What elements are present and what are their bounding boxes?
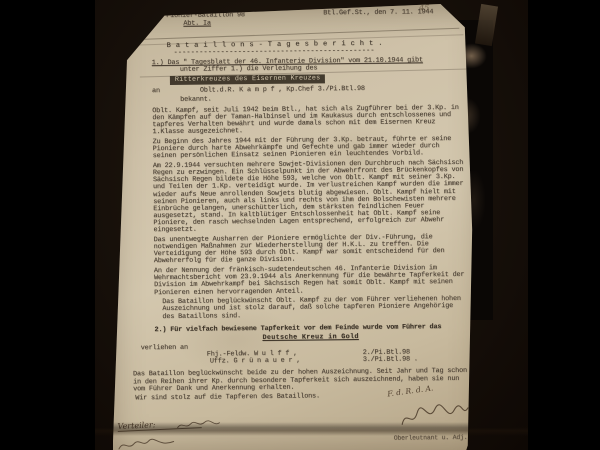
- paragraph: Zu Beginn des Jahres 1944 mit der Führun…: [153, 136, 465, 161]
- an-label: an: [152, 88, 160, 96]
- paragraph: Oblt. Kampf, seit Juli 1942 beim Btl., h…: [152, 105, 464, 137]
- document-photo: 45 Pionier-Bataillon 98 Abt. Ia Btl.Gef.…: [95, 0, 528, 450]
- body-column: 1.) Das " Tagesblatt der 46. Infanterie …: [152, 57, 468, 405]
- header-dept: Abt. Ia: [183, 21, 211, 29]
- paragraph: Das unentwegte Ausharren der Pioniere er…: [154, 234, 466, 266]
- header-place-date: Btl.Gef.St., den 7. 11. 1944: [323, 9, 433, 18]
- title-underline-rule: ----------------------------------------…: [167, 48, 382, 58]
- page-content: 45 Pionier-Bataillon 98 Abt. Ia Btl.Gef.…: [111, 2, 484, 450]
- crease-line: [124, 28, 460, 41]
- handwritten-signature: [397, 399, 471, 432]
- document-page: 45 Pionier-Bataillon 98 Abt. Ia Btl.Gef.…: [113, 4, 481, 450]
- recipient-gruenauer: Uffz. G r ü n a u e r ,: [210, 357, 359, 366]
- bekannt-line: bekannt.: [152, 93, 464, 103]
- paragraph: An der Nennung der fränkisch-sudetendeut…: [154, 265, 466, 297]
- paragraph: Am 22.9.1944 versuchten mehrere Sowjet-D…: [153, 160, 466, 235]
- typed-signature-role: Oberleutnant u. Adj.: [394, 434, 468, 442]
- handwritten-signature: [116, 434, 177, 450]
- handwritten-distribution-note: [175, 418, 221, 432]
- recipient-kampf: Oblt.d.R. K a m p f , Kp.Chef 3./Pi.Btl.…: [200, 85, 365, 95]
- paragraph: Das Bataillon beglückwünscht Oblt. Kampf…: [154, 296, 466, 321]
- paper-corner-fragment: [475, 4, 498, 46]
- recipient-gruenauer-unit: 3./Pi.Btl.98 .: [363, 356, 418, 365]
- screenshot: 45 Pionier-Bataillon 98 Abt. Ia Btl.Gef.…: [0, 0, 600, 450]
